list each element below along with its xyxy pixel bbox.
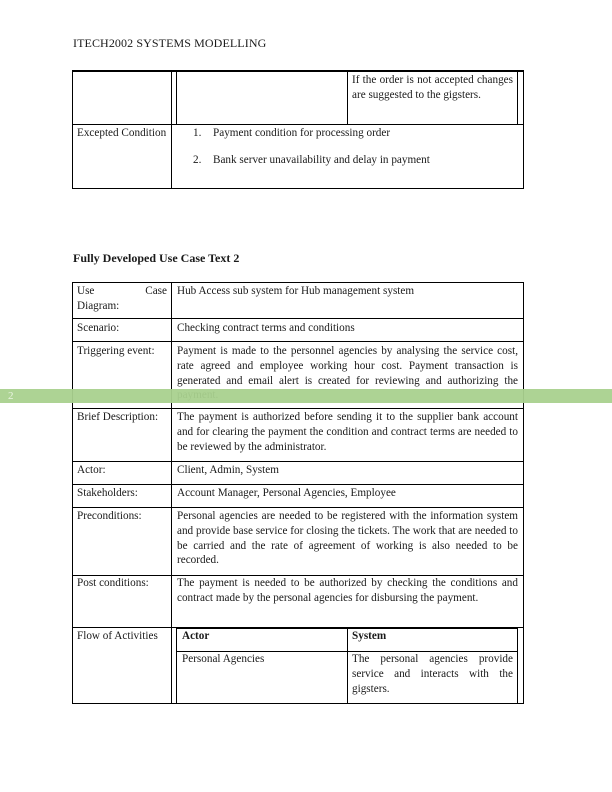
nested-table-border	[176, 70, 177, 125]
row-divider	[72, 484, 524, 485]
label-text: Use Case Diagram:	[77, 284, 167, 314]
row-label-flow-of-activities: Flow of Activities	[77, 629, 171, 644]
table-border	[72, 703, 524, 704]
row-value-use-case-diagram: Hub Access sub system for Hub management…	[177, 284, 518, 299]
running-header: ITECH2002 SYSTEMS MODELLING	[73, 36, 266, 51]
page-break-band	[0, 389, 612, 403]
table-border	[72, 282, 73, 704]
table-border	[72, 282, 524, 283]
row-value-post-conditions: The payment is needed to be authorized b…	[177, 576, 518, 606]
row-value-preconditions: Personal agencies are needed to be regis…	[177, 509, 518, 568]
row-divider	[72, 461, 524, 462]
row-label-scenario: Scenario:	[77, 321, 167, 336]
list-text: Payment condition for processing order	[213, 127, 390, 139]
flow-row-system: The personal agencies provide service an…	[352, 652, 513, 696]
page-number: 2	[8, 389, 14, 403]
list-item: 1. Payment condition for processing orde…	[193, 126, 513, 141]
row-value-scenario: Checking contract terms and conditions	[177, 321, 518, 336]
table-border	[72, 70, 73, 189]
nested-column-divider	[347, 70, 348, 125]
row-value-stakeholders: Account Manager, Personal Agencies, Empl…	[177, 486, 518, 501]
table-border	[72, 70, 524, 72]
table-border	[72, 188, 524, 189]
row-value-brief-description: The payment is authorized before sending…	[177, 410, 518, 454]
nested-column-divider	[347, 627, 348, 704]
row-divider	[72, 318, 524, 319]
column-divider	[171, 282, 172, 704]
nested-table-border	[517, 70, 518, 125]
excepted-condition-list: 1. Payment condition for processing orde…	[193, 126, 513, 168]
flow-header-actor: Actor	[182, 629, 342, 644]
list-item: 2. Bank server unavailability and delay …	[193, 153, 513, 168]
nested-table-border	[176, 627, 177, 704]
section-heading: Fully Developed Use Case Text 2	[73, 251, 239, 266]
table-border	[523, 282, 524, 704]
list-number: 2.	[193, 153, 201, 168]
flow-row-actor: Personal Agencies	[182, 652, 342, 667]
row-label-brief-description: Brief Description:	[77, 410, 171, 425]
flow-header-system: System	[352, 629, 512, 644]
row-divider	[72, 124, 524, 125]
excepted-condition-label: Excepted Condition	[77, 126, 167, 141]
row-label-use-case-diagram: Use Case Diagram:	[77, 284, 167, 314]
list-text: Bank server unavailability and delay in …	[213, 154, 430, 166]
list-number: 1.	[193, 126, 201, 141]
row-divider	[72, 341, 524, 342]
row-divider	[72, 408, 524, 409]
row-label-triggering-event: Triggering event:	[77, 344, 169, 359]
row-divider	[72, 507, 524, 508]
row-label-stakeholders: Stakeholders:	[77, 486, 167, 501]
row-label-post-conditions: Post conditions:	[77, 576, 167, 591]
row-label-actor: Actor:	[77, 463, 167, 478]
row-value-actor: Client, Admin, System	[177, 463, 518, 478]
row-label-preconditions: Preconditions:	[77, 509, 167, 524]
table-border	[523, 70, 524, 189]
nested-system-cell: If the order is not accepted changes are…	[352, 73, 513, 103]
nested-table-border	[517, 627, 518, 704]
column-divider	[171, 70, 172, 189]
